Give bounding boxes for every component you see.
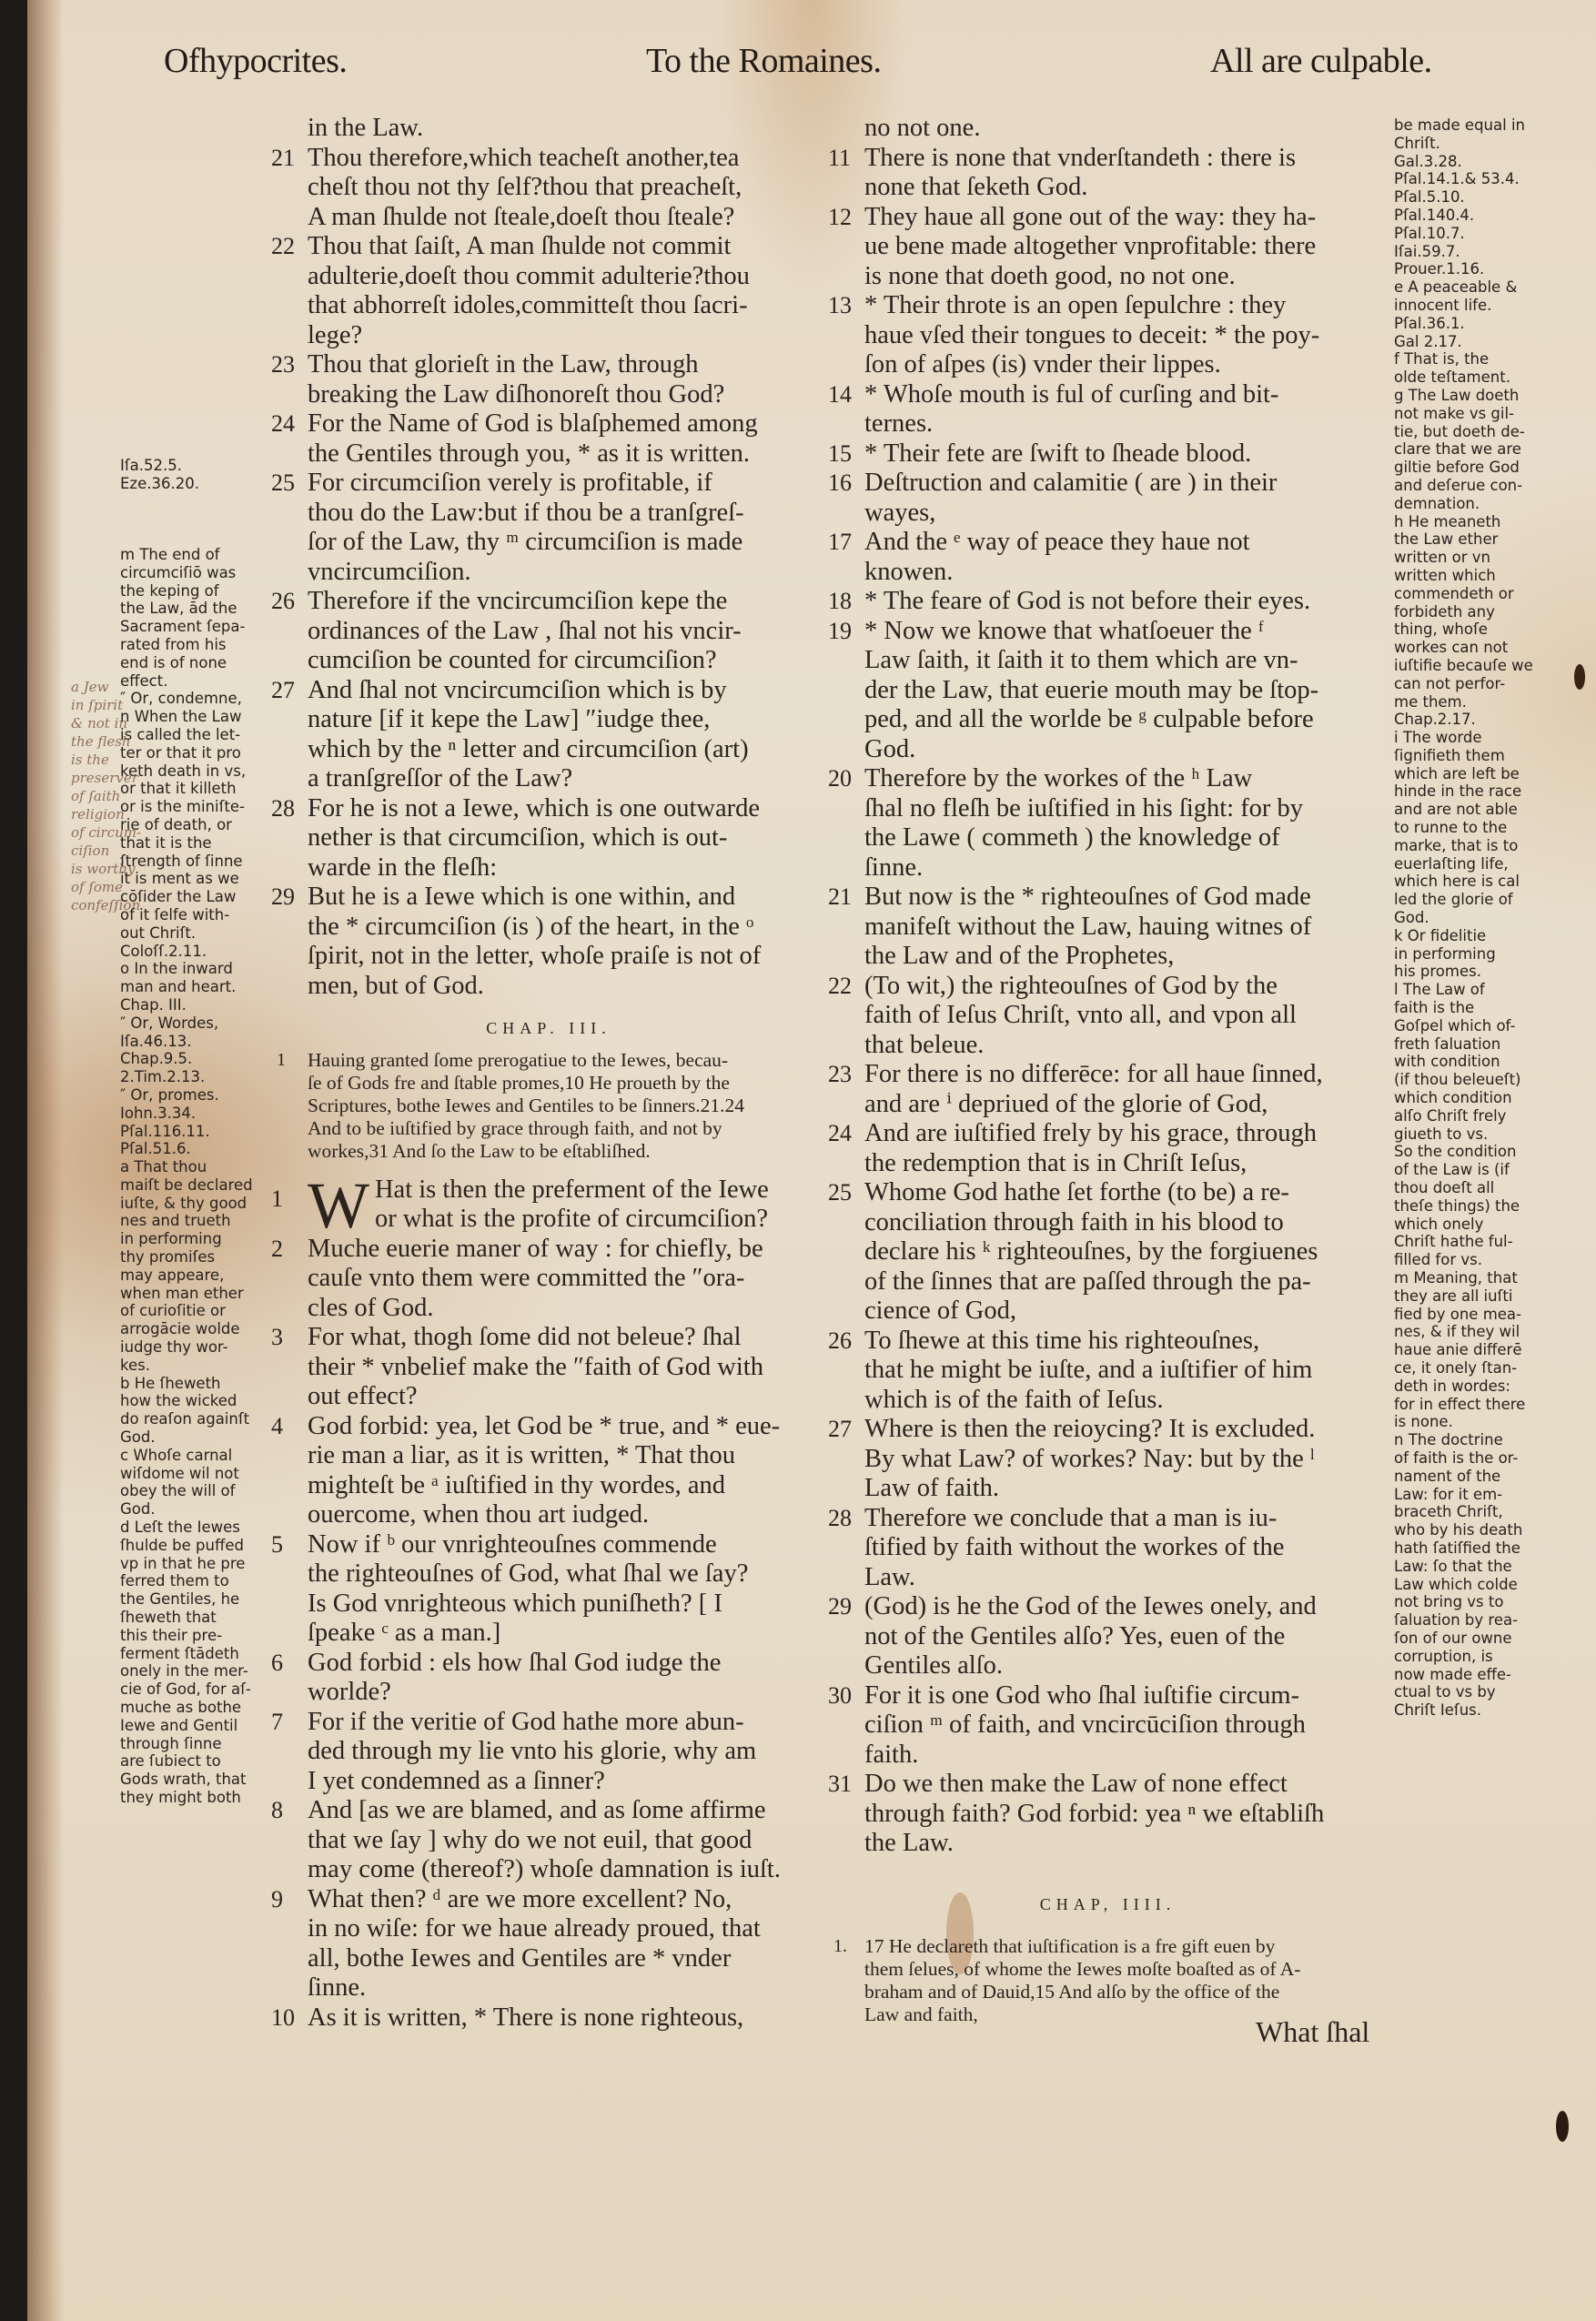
verse-line: I yet condemned as a ſinner? [271, 1767, 826, 1797]
margin-note-line: through ſinne [120, 1735, 257, 1753]
verse-text: They haue all gone out of the way: they … [864, 203, 1316, 231]
verse-number: 29 [271, 883, 306, 913]
verse-text: Therefore if the vncircumciſion kepe the [308, 587, 727, 615]
verse-text: vncircumciſion. [308, 558, 471, 586]
verse-line: conciliation through faith in his blood … [828, 1208, 1388, 1238]
margin-note-line: k Or fidelitie [1394, 927, 1530, 945]
margin-note-line: i The worde [1394, 729, 1530, 747]
margin-note-line: effect. [120, 672, 257, 691]
verse-number: 23 [828, 1060, 863, 1090]
margin-reference: Eze.36.20. [120, 475, 257, 493]
verse-text: mighteſt be ᵃ iuſtified in thy wordes, a… [308, 1471, 725, 1499]
verse-text: I yet condemned as a ſinner? [308, 1767, 605, 1795]
verse-text: ſhal no fleſh be iuſtified in his ſight:… [864, 794, 1303, 822]
margin-note-line: can not perfor- [1394, 675, 1530, 693]
margin-note-line: tie, but doeth de- [1394, 423, 1530, 441]
verse-text: God. [864, 735, 915, 763]
margin-note-line: cōſider the Law [120, 888, 257, 906]
ink-blot [1574, 664, 1585, 690]
verse-line: 8And [as we are blamed, and as ſome affi… [271, 1796, 826, 1826]
margin-note-line: ſaluation by rea- [1394, 1611, 1530, 1630]
verse-text: thou do the Law:but if thou be a tranſgr… [308, 499, 744, 527]
verse-text: nature [if it kepe the Law] ″iudge thee, [308, 705, 710, 733]
verse-number: 26 [271, 587, 306, 617]
verse-line: that he might be iuſte, and a iuſtifier … [828, 1356, 1388, 1386]
verse-line: cience of God, [828, 1297, 1388, 1327]
margin-note-line: alſo Chriſt frely [1394, 1107, 1530, 1125]
verse-text: Thou that ſaiſt, A man ſhulde not commit [308, 232, 731, 260]
verse-text: Muche euerie maner of way : for chiefly,… [308, 1235, 763, 1263]
verse-text: And the ᵉ way of peace they haue not [864, 528, 1250, 556]
verse-line: 22(To wit,) the righteouſnes of God by t… [828, 972, 1388, 1002]
margin-note-line: faith is the [1394, 999, 1530, 1017]
margin-note-line: thou doeſt all [1394, 1179, 1530, 1197]
margin-note-line: and deſerue con- [1394, 477, 1530, 495]
verse-line: 2Muche euerie maner of way : for chiefly… [271, 1235, 826, 1265]
verse-text: * Now we knowe that whatſoeuer the ᶠ [864, 617, 1264, 645]
margin-note-line: the Law ether [1394, 530, 1530, 549]
verse-text: ped, and all the worlde be ᵍ culpable be… [864, 705, 1314, 733]
verse-line: ſhal no fleſh be iuſtified in his ſight:… [828, 794, 1388, 824]
verse-text: worlde? [308, 1678, 391, 1706]
verse-text: is none that doeth good, no not one. [864, 262, 1236, 290]
verse-line: 16Deſtruction and calamitie ( are ) in t… [828, 469, 1388, 499]
verse-line: warde in the fleſh: [271, 853, 826, 883]
verse-number: 29 [828, 1592, 863, 1622]
verse-text: ordinances of the Law , ſhal not his vnc… [308, 617, 742, 645]
verse-number: 22 [828, 972, 863, 1002]
verse-line: 27Where is then the reioycing? It is exc… [828, 1415, 1388, 1445]
margin-note-line: of the Law is (if [1394, 1161, 1530, 1179]
right-margin-notes: be made equal inChriſt.Gal.3.28.Pſal.14.… [1394, 116, 1530, 1720]
margin-note-line: and are not able [1394, 801, 1530, 819]
running-header-title: To the Romaines. [646, 41, 881, 81]
margin-note-line: the Law, ād the [120, 600, 257, 618]
verse-line: 21Thou therefore,which teacheſt another,… [271, 144, 826, 174]
verse-line: thou do the Law:but if thou be a tranſgr… [271, 499, 826, 529]
summary-line: them ſelues, of whome the Iewes moſte bo… [864, 1958, 1388, 1981]
verse-number: 24 [271, 409, 306, 439]
summary-line: ſe of Gods fre and ſtable promes,10 He p… [308, 1072, 826, 1095]
margin-note-line: are ſubiect to [120, 1752, 257, 1771]
verse-text: God forbid : els how ſhal God iudge the [308, 1649, 721, 1677]
margin-note-line: Pſal.10.7. [1394, 225, 1530, 243]
verse-text: faith. [864, 1741, 918, 1769]
verse-number: 1 [271, 1185, 306, 1215]
chapter-heading: CHAP, IIII. [828, 1890, 1388, 1920]
verse-number: 28 [271, 794, 306, 824]
verse-text: the righteouſnes of God, what ſhal we ſa… [308, 1559, 748, 1588]
verse-text: ue bene made altogether vnprofitable: th… [864, 232, 1316, 260]
verse-number: 28 [828, 1504, 863, 1534]
verse-text: Law. [864, 1563, 915, 1591]
verse-line: the redemption that is in Chriſt Ieſus, [828, 1149, 1388, 1179]
margin-note-line: g The Law doeth [1394, 387, 1530, 405]
verse-text: * Their throte is an open ſepulchre : th… [864, 291, 1286, 319]
verse-text: For there is no differēce: for all haue … [864, 1060, 1323, 1088]
verse-text: not of the Gentiles alſo? Yes, euen of t… [864, 1622, 1285, 1650]
margin-note-line: onely in the mer- [120, 1662, 257, 1680]
verse-text: adulterie,doeſt thou commit adulterie?th… [308, 262, 750, 290]
margin-note-line: God. [120, 1428, 257, 1447]
margin-note-line: n When the Law [120, 708, 257, 726]
margin-note-line: haue anie differē [1394, 1341, 1530, 1359]
verse-text: ſinne. [308, 1973, 366, 2002]
margin-note-line: is none. [1394, 1413, 1530, 1431]
verse-line: ped, and all the worlde be ᵍ culpable be… [828, 705, 1388, 735]
verse-line: knowen. [828, 558, 1388, 588]
verse-line: ciſion ᵐ of faith, and vncircūciſion thr… [828, 1710, 1388, 1741]
verse-text: haue vſed their tongues to deceit: * the… [864, 321, 1319, 349]
margin-note-line: nes and trueth [120, 1212, 257, 1230]
margin-note-line: Chap.9.5. [120, 1050, 257, 1068]
margin-note-line: thing, whoſe [1394, 621, 1530, 639]
margin-note-line: giltie before God [1394, 459, 1530, 477]
verse-line: in no wiſe: for we haue already proued, … [271, 1914, 826, 1944]
verse-number: 11 [828, 144, 863, 174]
margin-note-line: demnation. [1394, 495, 1530, 513]
margin-note-line: ſtrength of ſinne [120, 853, 257, 871]
verse-text: * The feare of God is not before their e… [864, 587, 1310, 615]
margin-note-line: Law which colde [1394, 1576, 1530, 1594]
margin-note-line: ſignifieth them [1394, 747, 1530, 765]
verse-line: God. [828, 735, 1388, 765]
verse-text: Gentiles alſo. [864, 1651, 1003, 1680]
verse-text: Whome God hathe ſet forthe (to be) a re- [864, 1178, 1289, 1206]
handwritten-line: of ſome [71, 878, 126, 896]
margin-note-line: may appeare, [120, 1266, 257, 1285]
verse-text: For the Name of God is blaſphemed among [308, 409, 758, 438]
verse-line: vncircumciſion. [271, 558, 826, 588]
verse-number: 24 [828, 1119, 863, 1149]
verse-text: ouercome, when thou art iudged. [308, 1500, 649, 1529]
verse-text: men, but of God. [308, 972, 484, 1000]
margin-note-line: Gal.3.28. [1394, 153, 1530, 171]
verse-number: 8 [271, 1796, 306, 1826]
margin-note-line: m The end of [120, 546, 257, 564]
margin-note-line: f That is, the [1394, 350, 1530, 368]
verse-line: out effect? [271, 1382, 826, 1412]
verse-line: 25For circumciſion verely is profitable,… [271, 469, 826, 499]
verse-line: 23Thou that glorieſt in the Law, through [271, 350, 826, 380]
verse-number: 25 [828, 1178, 863, 1208]
chapter-summary: 1 Hauing granted ſome prerogatiue to the… [271, 1049, 826, 1163]
margin-note-line: giueth to vs. [1394, 1125, 1530, 1144]
margin-note-line: written or vn [1394, 549, 1530, 567]
margin-note-line: hinde in the race [1394, 782, 1530, 801]
verse-line: 29(God) is he the God of the Iewes onely… [828, 1592, 1388, 1622]
verse-text: faith of Ieſus Chriſt, vnto all, and vpo… [864, 1001, 1297, 1029]
verse-text: ciſion ᵐ of faith, and vncircūciſion thr… [864, 1710, 1306, 1739]
verse-line: cles of God. [271, 1294, 826, 1324]
verse-line: breaking the Law diſhonoreſt thou God? [271, 380, 826, 410]
margin-note-line: out Chriſt. [120, 924, 257, 943]
verse-line: 13* Their throte is an open ſepulchre : … [828, 291, 1388, 321]
verse-line: ded through my lie vnto his glorie, why … [271, 1737, 826, 1767]
verse-line: Law of faith. [828, 1474, 1388, 1504]
chapter-heading: CHAP. III. [271, 1014, 826, 1044]
margin-note-line: which are left be [1394, 765, 1530, 783]
margin-note-line: how the wicked [120, 1392, 257, 1410]
verse-line: 10As it is written, * There is none righ… [271, 2003, 826, 2033]
handwritten-line: preserver [71, 769, 126, 787]
margin-note-line: marke, that is to [1394, 837, 1530, 855]
verse-text: manifeſt without the Law, hauing witnes … [864, 913, 1311, 941]
verse-line: that we ſay ] why do we not euil, that g… [271, 1826, 826, 1856]
summary-line: Hauing granted ſome prerogatiue to the I… [308, 1049, 826, 1072]
verse-number: 31 [828, 1770, 863, 1800]
verse-text: Therefore by the workes of the ʰ Law [864, 764, 1252, 792]
handwritten-line: ciſion [71, 842, 126, 860]
verse-line: wayes, [828, 499, 1388, 529]
verse-line: 5Now if ᵇ our vnrighteouſnes commende [271, 1530, 826, 1560]
margin-note-line: man and heart. [120, 978, 257, 996]
verse-text: God forbid: yea, let God be * true, and … [308, 1412, 780, 1440]
verse-number: 13 [828, 291, 863, 321]
verse-text: breaking the Law diſhonoreſt thou God? [308, 380, 724, 409]
margin-note-line: the Gentiles, he [120, 1590, 257, 1609]
verse-text: or what is the profite of circumciſion? [308, 1205, 826, 1235]
verse-line: ue bene made altogether vnprofitable: th… [828, 232, 1388, 262]
margin-note-line: ferment ſtādeth [120, 1645, 257, 1663]
verse-line: cumciſion be counted for circumciſion? [271, 646, 826, 676]
book-page: Ofhypocrites. To the Romaines. All are c… [27, 0, 1596, 2321]
margin-note-line: ſhulde be puffed [120, 1537, 257, 1555]
verse-text: the * circumciſion (is ) of the heart, i… [308, 913, 753, 941]
verse-text: For what, thogh ſome did not beleue? ſha… [308, 1323, 741, 1351]
verse-line: By what Law? of workes? Nay: but by the … [828, 1445, 1388, 1475]
margin-note-line: muche as bothe [120, 1699, 257, 1717]
verse-line: in the Law. [271, 114, 826, 144]
verse-line: cauſe vnto them were committed the ″ora- [271, 1264, 826, 1294]
margin-note-line: theſe things) the [1394, 1197, 1530, 1216]
handwritten-line: confeſſion [71, 896, 126, 914]
margin-note-line: ″ Or, condemne, [120, 690, 257, 708]
margin-note-line: corruption, is [1394, 1648, 1530, 1666]
verse-line: adulterie,doeſt thou commit adulterie?th… [271, 262, 826, 292]
handwritten-line: is the [71, 751, 126, 769]
margin-note-line: hath ſatiſfied the [1394, 1539, 1530, 1558]
verse-text: of the ſinnes that are paſſed through th… [864, 1267, 1311, 1296]
verse-line: Law ſaith, it ſaith it to them which are… [828, 646, 1388, 676]
chapter-summary: 1. 17 He declareth that iuſtification is… [828, 1935, 1388, 2026]
running-header-right: All are culpable. [1210, 41, 1432, 81]
verse-line: ſinne. [271, 1973, 826, 2003]
margin-note-line: olde teſtament. [1394, 368, 1530, 387]
handwritten-line: of circum- [71, 823, 126, 842]
verse-text: Thou therefore,which teacheſt another,te… [308, 144, 739, 172]
margin-note-line: the keping of [120, 582, 257, 600]
margin-note-line: Coloſſ.2.11. [120, 943, 257, 961]
verse-number: 4 [271, 1412, 306, 1442]
verse-text: the redemption that is in Chriſt Ieſus, [864, 1149, 1247, 1177]
margin-note-line: kes. [120, 1357, 257, 1375]
verse-text: conciliation through faith in his blood … [864, 1208, 1284, 1236]
margin-note-line: braceth Chriſt, [1394, 1503, 1530, 1521]
verse-text: ſtified by faith without the workes of t… [864, 1533, 1284, 1561]
verse-text: all, bothe Iewes and Gentiles are * vnde… [308, 1944, 731, 1973]
summary-number: 1. [833, 1935, 847, 1958]
margin-note-line: or that it killeth [120, 780, 257, 798]
verse-number: 26 [828, 1327, 863, 1357]
verse-line: 9What then? ᵈ are we more excellent? No, [271, 1885, 826, 1915]
verse-line: and are ⁱ depriued of the glorie of God, [828, 1090, 1388, 1120]
verse-text: Where is then the reioycing? It is exclu… [864, 1415, 1315, 1443]
verse-text: ſpirit, not in the letter, whoſe praiſe … [308, 942, 761, 970]
verse-number: 22 [271, 232, 306, 262]
verse-text: And ſhal not vncircumciſion which is by [308, 676, 727, 704]
verse-line: men, but of God. [271, 972, 826, 1002]
margin-note-line: Pſal.5.10. [1394, 188, 1530, 207]
verse-1: 1 W Hat is then the preferment of the Ie… [271, 1176, 826, 1235]
margin-note-line: Pſal.14.1.& 53.4. [1394, 170, 1530, 188]
verse-text: By what Law? of workes? Nay: but by the … [864, 1445, 1315, 1473]
verse-text: Therefore we conclude that a man is iu- [864, 1504, 1277, 1532]
margin-note-line: me them. [1394, 693, 1530, 711]
margin-note-line: deth in wordes: [1394, 1377, 1530, 1396]
verse-text: Law ſaith, it ſaith it to them which are… [864, 646, 1298, 674]
margin-note-line: Pſal.116.11. [120, 1123, 257, 1141]
verse-text: And [as we are blamed, and as ſome affir… [308, 1796, 766, 1824]
verse-line: Law. [828, 1563, 1388, 1593]
verse-text: may come (thereof?) whoſe damnation is i… [308, 1855, 781, 1883]
verse-line: A man ſhulde not ſteale,doeſt thou ſteal… [271, 203, 826, 233]
verse-line: through faith? God forbid: yea ⁿ we eſta… [828, 1800, 1388, 1830]
margin-note-line: Iohn.3.34. [120, 1105, 257, 1123]
verse-line: ſpirit, not in the letter, whoſe praiſe … [271, 942, 826, 972]
margin-note-line: Sacrament ſepa- [120, 618, 257, 636]
margin-note-line: which condition [1394, 1089, 1530, 1107]
ink-blot [1556, 2111, 1569, 2142]
verse-line: 6God forbid : els how ſhal God iudge the [271, 1649, 826, 1679]
verse-line: 12They haue all gone out of the way: the… [828, 203, 1388, 233]
margin-note-line: end is of none [120, 654, 257, 672]
margin-note-line: who by his death [1394, 1521, 1530, 1539]
margin-note-line: Prouer.1.16. [1394, 260, 1530, 278]
margin-note-line: thy promiſes [120, 1248, 257, 1266]
verse-line: 24And are iuſtified frely by his grace, … [828, 1119, 1388, 1149]
margin-note-line: of it ſelfe with- [120, 906, 257, 924]
verse-number: 19 [828, 617, 863, 647]
margin-reference: Iſa.52.5. [120, 457, 257, 475]
verse-text: no not one. [864, 114, 980, 142]
verse-line: 14* Whoſe mouth is ful of curſing and bi… [828, 380, 1388, 410]
margin-note-line: (if thou beleueſt) [1394, 1071, 1530, 1089]
verse-text: cles of God. [308, 1294, 434, 1322]
verse-line: which is of the faith of Ieſus. [828, 1386, 1388, 1416]
margin-note-line: forbideth any [1394, 603, 1530, 621]
margin-note-line: e A peaceable & [1394, 278, 1530, 297]
margin-note-line: it is ment as we [120, 870, 257, 888]
handwritten-line: religion [71, 805, 126, 823]
margin-note-line: cie of God, for aſ- [120, 1680, 257, 1699]
margin-note-line: wiſdome wil not [120, 1465, 257, 1483]
handwritten-line: & not in [71, 714, 126, 732]
verse-text: For he is not a Iewe, which is one outwa… [308, 794, 760, 822]
verse-text: der the Law, that euerie mouth may be ſt… [864, 676, 1318, 704]
margin-note-line: in performing [120, 1230, 257, 1248]
margin-note-line: fied by one mea- [1394, 1306, 1530, 1324]
verse-line: ſor of the Law, thy ᵐ circumciſion is ma… [271, 528, 826, 558]
verse-text: Law of faith. [864, 1474, 999, 1502]
verse-text: and are ⁱ depriued of the glorie of God, [864, 1090, 1268, 1118]
verse-line: worlde? [271, 1678, 826, 1708]
margin-note-line: rated from his [120, 636, 257, 654]
verse-line: 26Therefore if the vncircumciſion kepe t… [271, 587, 826, 617]
verse-text: in no wiſe: for we haue already proued, … [308, 1914, 761, 1943]
verse-line: that beleue. [828, 1031, 1388, 1061]
margin-note-line: to runne to the [1394, 819, 1530, 837]
margin-note-line: ″ Or, Wordes, [120, 1014, 257, 1033]
verse-line: der the Law, that euerie mouth may be ſt… [828, 676, 1388, 706]
margin-note-line: is called the let- [120, 726, 257, 744]
margin-note-line: which here is cal [1394, 873, 1530, 891]
margin-note-line: God. [1394, 909, 1530, 927]
verse-text: * Their fete are ſwift to ſheade blood. [864, 439, 1251, 468]
verse-text: But he is a Iewe which is one within, an… [308, 883, 735, 911]
verse-text: To ſhewe at this time his righteouſnes, [864, 1327, 1259, 1355]
margin-note-line: arrogācie wolde [120, 1320, 257, 1338]
verse-number: 21 [828, 883, 863, 913]
verse-text: * Whoſe mouth is ful of curſing and bit- [864, 380, 1278, 409]
handwritten-line: of ſaith [71, 787, 126, 805]
verse-text: (God) is he the God of the Iewes onely, … [864, 1592, 1317, 1620]
page-edge-stain [27, 0, 64, 2321]
verse-text: ſor of the Law, thy ᵐ circumciſion is ma… [308, 528, 742, 556]
verse-text: that we ſay ] why do we not euil, that g… [308, 1826, 752, 1854]
verse-line: 30For it is one God who ſhal iuſtifie ci… [828, 1681, 1388, 1711]
margin-note-line: Chriſt. [1394, 135, 1530, 153]
margin-note-line: a That thou [120, 1158, 257, 1176]
margin-note-line: Pſal.140.4. [1394, 207, 1530, 225]
margin-note-line: Iewe and Gentil [120, 1717, 257, 1735]
verse-text: that he might be iuſte, and a iuſtifier … [864, 1356, 1312, 1384]
verse-line: the Law and of the Prophetes, [828, 942, 1388, 972]
margin-note-line: in performing [1394, 945, 1530, 964]
verse-line: ſpeake ᶜ as a man.] [271, 1619, 826, 1649]
verse-line: 18* The feare of God is not before their… [828, 587, 1388, 617]
drop-cap: W [308, 1177, 369, 1234]
verse-number: 18 [828, 587, 863, 617]
verse-line: mighteſt be ᵃ iuſtified in thy wordes, a… [271, 1471, 826, 1501]
handwritten-line: a Jew [71, 678, 126, 696]
verse-line: faith of Ieſus Chriſt, vnto all, and vpo… [828, 1001, 1388, 1031]
verse-number: 3 [271, 1323, 306, 1353]
margin-note-line: this their pre- [120, 1627, 257, 1645]
verse-line: 19* Now we knowe that whatſoeuer the ᶠ [828, 617, 1388, 647]
margin-note-line: keth death in vs, [120, 762, 257, 781]
verse-number: 15 [828, 439, 863, 469]
margin-note-line: Iſai.59.7. [1394, 243, 1530, 261]
margin-note-line: Chriſt hathe ful- [1394, 1233, 1530, 1251]
verse-line: 29But he is a Iewe which is one within, … [271, 883, 826, 913]
margin-note-line: led the glorie of [1394, 891, 1530, 909]
verse-line: all, bothe Iewes and Gentiles are * vnde… [271, 1944, 826, 1974]
verse-line: the Law. [828, 1829, 1388, 1859]
verse-line: 3For what, thogh ſome did not beleue? ſh… [271, 1323, 826, 1353]
verse-line: 24For the Name of God is blaſphemed amon… [271, 409, 826, 439]
margin-note-line: workes can not [1394, 639, 1530, 657]
summary-number: 1 [277, 1049, 286, 1072]
verse-line: ſtified by faith without the workes of t… [828, 1533, 1388, 1563]
verse-line: lege? [271, 321, 826, 351]
verse-text: a tranſgreſſor of the Law? [308, 764, 572, 792]
margin-note-line: innocent life. [1394, 297, 1530, 315]
verse-line: 21But now is the * righteouſnes of God m… [828, 883, 1388, 913]
verse-text: Now if ᵇ our vnrighteouſnes commende [308, 1530, 717, 1559]
verse-text: wayes, [864, 499, 935, 527]
verse-number: 27 [271, 676, 306, 706]
